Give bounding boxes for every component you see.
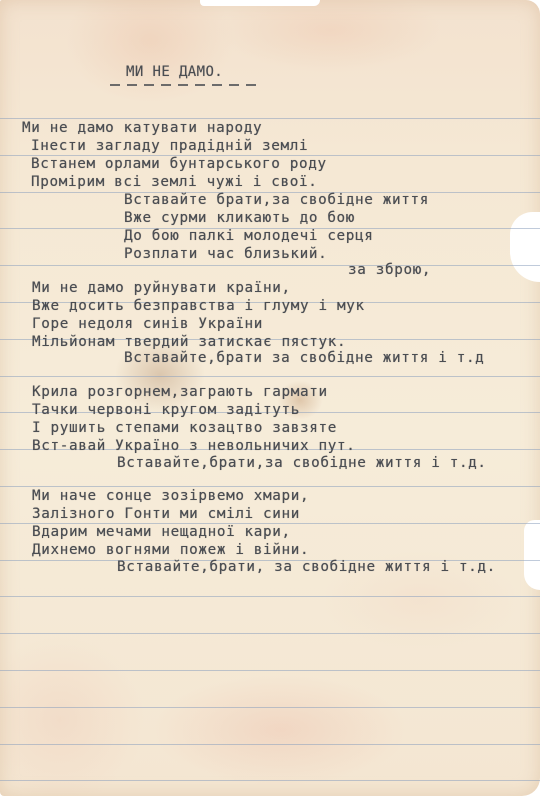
ruled-line xyxy=(0,633,540,634)
refrain-line: До бою палкі молодечі серця xyxy=(124,229,374,243)
refrain-line: за зброю, xyxy=(348,263,431,277)
verse-line: Тачки червоні кругом задітуть xyxy=(32,403,300,417)
refrain-line: Вже сурми кликають до бою xyxy=(124,211,355,225)
verse-line: Вже досить безправства і глуму і мук xyxy=(32,299,365,313)
refrain-line: Вставайте брати,за свобідне життя xyxy=(124,193,429,207)
torn-edge xyxy=(510,212,540,282)
verse-line: І рушить степами козацтво завзяте xyxy=(32,421,337,435)
verse-line: Мільйонам твердий затискає пястук. xyxy=(32,335,346,349)
ruled-line xyxy=(0,118,540,119)
refrain-line: Вставайте,брати, за свобідне життя і т.д… xyxy=(117,560,496,574)
ruled-line xyxy=(0,707,540,708)
verse-line: Промірим всі землі чужі і свої. xyxy=(31,175,318,189)
ruled-line xyxy=(0,744,540,745)
verse-line: Інести загладу прадідній землі xyxy=(31,139,308,153)
ruled-line xyxy=(0,670,540,671)
ruled-line xyxy=(0,780,540,781)
verse-line: Вдарим мечами нещадної кари, xyxy=(32,525,291,539)
title-underline xyxy=(110,84,258,86)
ruled-line xyxy=(0,486,540,487)
verse-line: Горе недоля синів України xyxy=(32,317,263,331)
torn-edge xyxy=(524,520,540,590)
torn-edge xyxy=(200,0,320,6)
verse-line: Ми наче сонце зозірвемо хмари, xyxy=(32,489,309,503)
refrain-line: Вставайте,брати за свобідне життя і т.д xyxy=(124,351,484,365)
ruled-line xyxy=(0,265,540,266)
verse-line: Дихнемо вогнями пожеж і війни. xyxy=(32,543,309,557)
ruled-line xyxy=(0,596,540,597)
verse-line: Встанем орлами бунтарського роду xyxy=(31,157,327,171)
page-title: МИ НЕ ДАМО. xyxy=(126,64,223,80)
verse-line: Залізного Гонти ми смілі сини xyxy=(32,507,300,521)
refrain-line: Розплати час близький. xyxy=(124,247,327,261)
typewritten-page: МИ НЕ ДАМО. Ми не дамо катувати народу І… xyxy=(0,0,540,796)
verse-line: Ми не дамо катувати народу xyxy=(22,121,262,135)
verse-line: Вст-авай Україно з невольничих пут. xyxy=(32,439,355,453)
ruled-line xyxy=(0,376,540,377)
verse-line: Ми не дамо руйнувати країни, xyxy=(32,281,291,295)
refrain-line: Вставайте,брати,за свобідне життя і т.д. xyxy=(117,456,487,470)
verse-line: Крила розгорнем,заграють гармати xyxy=(32,385,328,399)
